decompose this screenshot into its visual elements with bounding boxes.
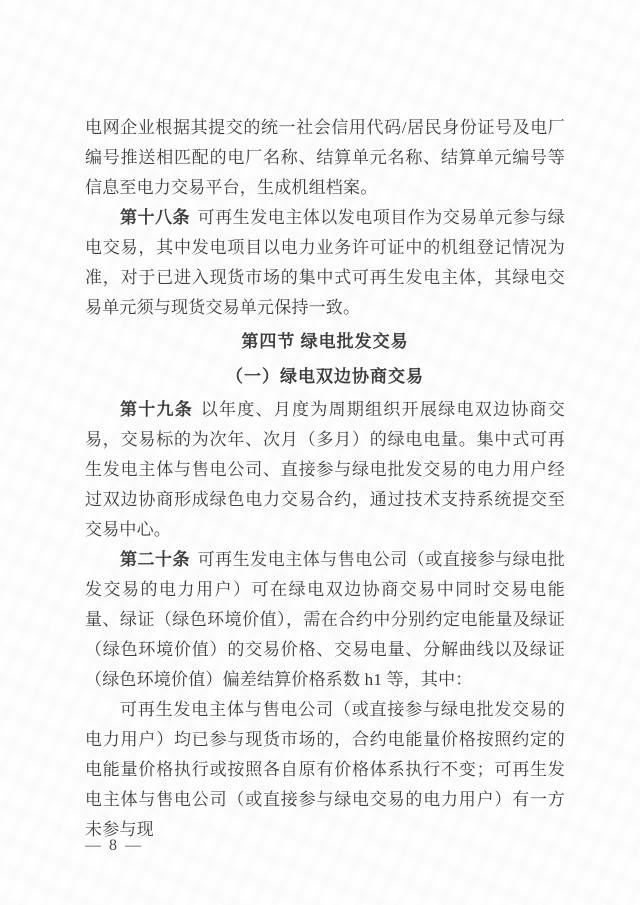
document-body: 电网企业根据其提交的统一社会信用代码/居民身份证号及电厂编号推送相匹配的电厂名称… <box>85 113 565 845</box>
page-number: — 8 — <box>85 834 143 858</box>
article-20-text: 可再生发电主体与售电公司（或直接参与绿电批发交易的电力用户）可在绿电双边协商交易… <box>85 550 565 689</box>
paragraph-article-19: 第十九条以年度、月度为周期组织开展绿电双边协商交易，交易标的为次年、次月（多月）… <box>85 395 565 545</box>
document-page: 电网企业根据其提交的统一社会信用代码/居民身份证号及电厂编号推送相匹配的电厂名称… <box>0 0 640 905</box>
article-19-text: 以年度、月度为周期组织开展绿电双边协商交易，交易标的为次年、次月（多月）的绿电电… <box>85 400 565 539</box>
paragraph-article-20: 第二十条可再生发电主体与售电公司（或直接参与绿电批发交易的电力用户）可在绿电双边… <box>85 545 565 695</box>
section-4-heading: 第四节 绿电批发交易 <box>85 326 565 358</box>
article-19-number: 第十九条 <box>120 400 193 419</box>
article-20-number: 第二十条 <box>120 550 190 569</box>
subsection-1-heading: （一）绿电双边协商交易 <box>85 361 565 393</box>
paragraph-spot-market-detail: 可再生发电主体与售电公司（或直接参与绿电批发交易的电力用户）均已参与现货市场的，… <box>85 695 565 845</box>
paragraph-article-18: 第十八条可再生发电主体以发电项目作为交易单元参与绿电交易，其中发电项目以电力业务… <box>85 203 565 323</box>
paragraph-grid-enterprise-continuation: 电网企业根据其提交的统一社会信用代码/居民身份证号及电厂编号推送相匹配的电厂名称… <box>85 113 565 203</box>
article-18-number: 第十八条 <box>120 208 190 227</box>
